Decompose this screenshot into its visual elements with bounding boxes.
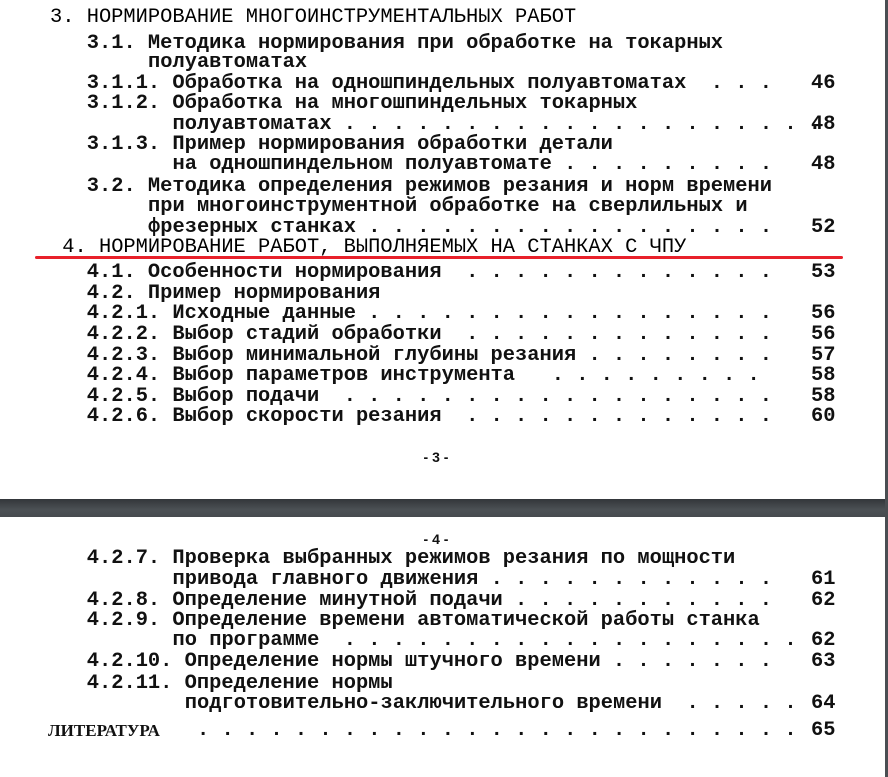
toc-entry: привода главного движения . . . . . . . … bbox=[173, 570, 773, 590]
toc-page-number: 61 bbox=[811, 570, 835, 590]
toc-entry: на одношпиндельном полуавтомате . . . . … bbox=[173, 155, 773, 175]
toc-chapter-heading: 3. НОРМИРОВАНИЕ МНОГОИНСТРУМЕНТАЛЬНЫХ РА… bbox=[50, 8, 576, 28]
toc-entry: 3.2. Методика определения режимов резани… bbox=[87, 177, 772, 197]
toc-page-number: 58 bbox=[811, 366, 835, 386]
toc-page-number: 48 bbox=[811, 115, 835, 135]
toc-entry: по программе . . . . . . . . . . . . . .… bbox=[173, 631, 797, 651]
toc-entry: 4.2.1. Исходные данные . . . . . . . . .… bbox=[87, 304, 772, 324]
toc-page-number: 62 bbox=[811, 591, 835, 611]
toc-entry: 3.1.1. Обработка на одношпиндельных полу… bbox=[87, 74, 772, 94]
toc-page-number: 46 bbox=[811, 74, 835, 94]
toc-page-number: 56 bbox=[811, 304, 835, 324]
toc-page-number: 64 bbox=[811, 694, 835, 714]
toc-entry: 4.2. Пример нормирования bbox=[87, 284, 381, 304]
toc-entry: 4.2.5. Выбор подачи . . . . . . . . . . … bbox=[87, 387, 772, 407]
toc-entry: 3.1.3. Пример нормирования обработки дет… bbox=[87, 135, 613, 155]
page-separator bbox=[0, 499, 888, 517]
toc-entry: 4.2.8. Определение минутной подачи . . .… bbox=[87, 591, 772, 611]
toc-entry: полуавтоматах bbox=[148, 53, 307, 73]
toc-entry: 4.2.9. Определение времени автоматическо… bbox=[87, 611, 760, 631]
toc-entry: 4.2.3. Выбор минимальной глубины резания… bbox=[87, 346, 772, 366]
toc-page-number: 65 bbox=[811, 721, 835, 741]
toc-page-number: 48 bbox=[811, 155, 835, 175]
toc-page-number: 58 bbox=[811, 387, 835, 407]
toc-entry: 4.2.11. Определение нормы bbox=[87, 674, 393, 694]
toc-page-number: 62 bbox=[811, 631, 835, 651]
toc-entry: 4.2.7. Проверка выбранных режимов резани… bbox=[87, 549, 736, 569]
toc-entry: полуавтоматах . . . . . . . . . . . . . … bbox=[173, 115, 822, 135]
toc-entry: 4.2.2. Выбор стадий обработки . . . . . … bbox=[87, 325, 772, 345]
toc-entry: при многоинструментной обработке на свер… bbox=[148, 197, 748, 217]
toc-entry: подготовительно-заключительного времени … bbox=[185, 694, 797, 714]
toc-references-entry: ЛИТЕРАТУРА bbox=[48, 721, 160, 741]
page-number-3: - 3 - bbox=[386, 449, 486, 465]
toc-page-number: 56 bbox=[811, 325, 835, 345]
page-number-4: - 4 - bbox=[386, 531, 486, 547]
toc-entry: фрезерных станках . . . . . . . . . . . … bbox=[148, 218, 772, 238]
toc-chapter-heading: 4. НОРМИРОВАНИЕ РАБОТ, ВЫПОЛНЯЕМЫХ НА СТ… bbox=[62, 238, 686, 258]
toc-page-number: 53 bbox=[811, 263, 835, 283]
toc-entry: 4.1. Особенности нормирования . . . . . … bbox=[87, 263, 772, 283]
toc-entry: 3.1.2. Обработка на многошпиндельных ток… bbox=[87, 94, 638, 114]
toc-page-number: 57 bbox=[811, 346, 835, 366]
toc-page-number: 60 bbox=[811, 407, 835, 427]
toc-entry: 4.2.4. Выбор параметров инструмента . . … bbox=[87, 366, 760, 386]
toc-entry: 4.2.6. Выбор скорости резания . . . . . … bbox=[87, 407, 772, 427]
toc-entry: 4.2.10. Определение нормы штучного време… bbox=[87, 652, 772, 672]
toc-page-number: 52 bbox=[811, 218, 835, 238]
toc-leader-dots: . . . . . . . . . . . . . . . . . . . . … bbox=[197, 721, 797, 741]
toc-page-number: 63 bbox=[811, 652, 835, 672]
